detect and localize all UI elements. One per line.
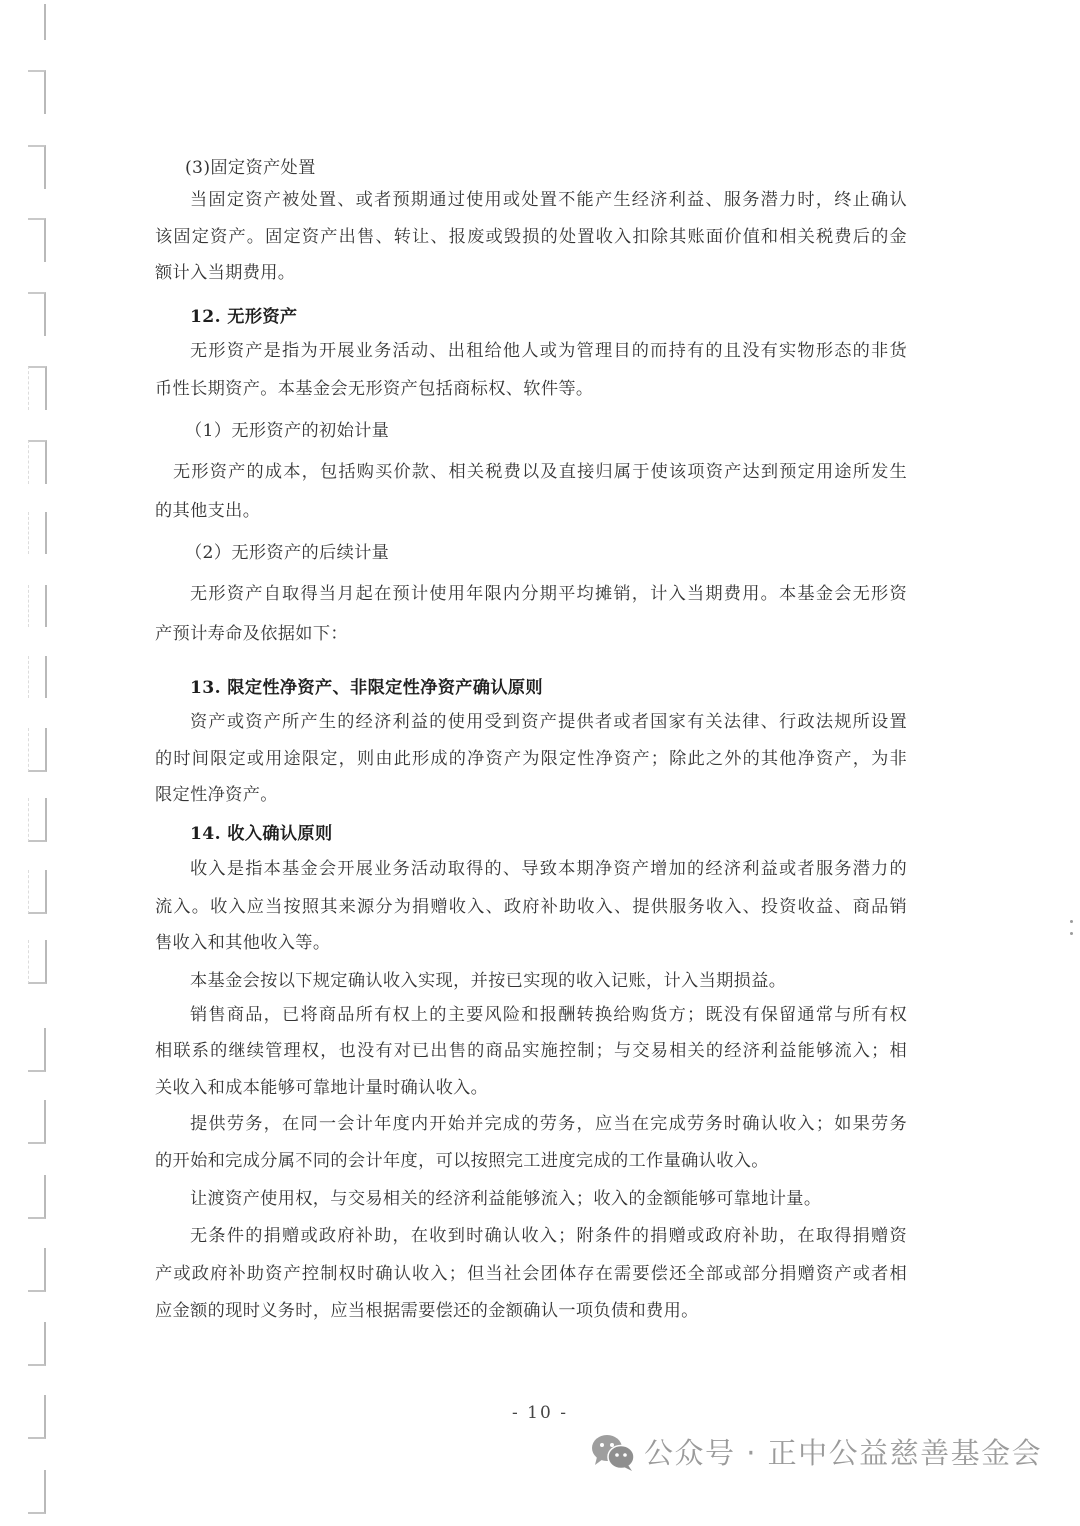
- paragraph-line: 相联系的继续管理权，也没有对已出售的商品实施控制；与交易相关的经济利益能够流入；…: [155, 1039, 907, 1063]
- heading-net-assets: 13. 限定性净资产、非限定性净资产确认原则: [190, 676, 543, 700]
- subheading-fixed-asset-disposal: (3)固定资产处置: [185, 156, 316, 180]
- binding-mark: [28, 940, 47, 984]
- binding-mark: [28, 1175, 46, 1219]
- paragraph-line: 关收入和成本能够可靠地计量时确认收入。: [155, 1076, 488, 1100]
- binding-mark: [28, 798, 47, 842]
- binding-mark: [28, 1028, 46, 1072]
- paragraph-line: 币性长期资产。本基金会无形资产包括商标权、软件等。: [155, 377, 593, 401]
- paragraph-line: 资产或资产所产生的经济利益的使用受到资产提供者或者国家有关法律、行政法规所设置: [190, 710, 907, 734]
- binding-mark: [28, 218, 46, 262]
- binding-marks: [28, 0, 50, 1526]
- binding-mark: [28, 292, 46, 336]
- paragraph-line: 流入。收入应当按照其来源分为捐赠收入、政府补助收入、提供服务收入、投资收益、商品…: [155, 895, 907, 919]
- watermark: 公众号 · 正中公益慈善基金会: [590, 1431, 1042, 1472]
- binding-mark: [28, 4, 46, 40]
- paragraph-line: 提供劳务，在同一会计年度内开始并完成的劳务，应当在完成劳务时确认收入；如果劳务: [190, 1112, 907, 1136]
- binding-mark: [28, 870, 47, 914]
- binding-mark: [28, 512, 47, 554]
- paragraph-line: 收入是指本基金会开展业务活动取得的、导致本期净资产增加的经济利益或者服务潜力的: [190, 857, 907, 881]
- paragraph-line: 应金额的现时义务时，应当根据需要偿还的金额确认一项负债和费用。: [155, 1299, 699, 1323]
- paragraph-line: 的开始和完成分属不同的会计年度，可以按照完工进度完成的工作量确认收入。: [155, 1149, 769, 1173]
- paragraph-line: 售收入和其他收入等。: [155, 931, 330, 955]
- paragraph-line: 产或政府补助资产控制权时确认收入；但当社会团体存在需要偿还全部或部分捐赠资产或者…: [155, 1262, 907, 1286]
- paragraph-line: 该固定资产。固定资产出售、转让、报废或毁损的处置收入扣除其账面价值和相关税费后的…: [155, 225, 907, 249]
- binding-mark: [28, 585, 47, 627]
- wechat-icon: [590, 1432, 636, 1472]
- heading-intangible-assets: 12. 无形资产: [190, 305, 297, 329]
- scan-edge-dots: [1070, 920, 1074, 940]
- paragraph-line: 产预计寿命及依据如下：: [155, 622, 348, 646]
- paragraph-line: 当固定资产被处置、或者预期通过使用或处置不能产生经济利益、服务潜力时，终止确认: [190, 188, 907, 212]
- paragraph-line: 的其他支出。: [155, 499, 260, 523]
- subheading-initial-measurement: （1）无形资产的初始计量: [185, 419, 389, 443]
- paragraph-line: 销售商品，已将商品所有权上的主要风险和报酬转换给购货方；既没有保留通常与所有权: [190, 1003, 907, 1027]
- paragraph-line: 的时间限定或用途限定，则由此形成的净资产为限定性净资产；除此之外的其他净资产，为…: [155, 747, 907, 771]
- paragraph-line: 限定性净资产。: [155, 783, 278, 807]
- paragraph-line: 额计入当期费用。: [155, 261, 295, 285]
- binding-mark: [28, 1100, 46, 1144]
- page-number: - 10 -: [0, 1403, 1080, 1423]
- binding-mark: [28, 656, 47, 698]
- paragraph-line: 让渡资产使用权，与交易相关的经济利益能够流入；收入的金额能够可靠地计量。: [190, 1187, 821, 1211]
- binding-mark: [28, 145, 46, 189]
- heading-revenue-recognition: 14. 收入确认原则: [190, 822, 333, 846]
- paragraph-line: 无条件的捐赠或政府补助，在收到时确认收入；附条件的捐赠或政府补助，在取得捐赠资: [190, 1224, 907, 1248]
- paragraph-line: 本基金会按以下规定确认收入实现，并按已实现的收入记账，计入当期损益。: [190, 969, 786, 993]
- binding-mark: [28, 728, 47, 772]
- binding-mark: [28, 1470, 46, 1514]
- binding-mark: [28, 1322, 46, 1366]
- subheading-subsequent-measurement: （2）无形资产的后续计量: [185, 541, 389, 565]
- binding-mark: [28, 1248, 46, 1292]
- paragraph-line: 无形资产是指为开展业务活动、出租给他人或为管理目的而持有的且没有实物形态的非货: [190, 339, 907, 363]
- binding-mark: [28, 366, 47, 410]
- paragraph-line: 无形资产自取得当月起在预计使用年限内分期平均摊销，计入当期费用。本基金会无形资: [190, 582, 907, 606]
- watermark-text: 公众号 · 正中公益慈善基金会: [644, 1431, 1042, 1472]
- binding-mark: [28, 440, 47, 484]
- paragraph-line: 无形资产的成本，包括购买价款、相关税费以及直接归属于使该项资产达到预定用途所发生: [173, 460, 907, 484]
- binding-mark: [28, 70, 46, 114]
